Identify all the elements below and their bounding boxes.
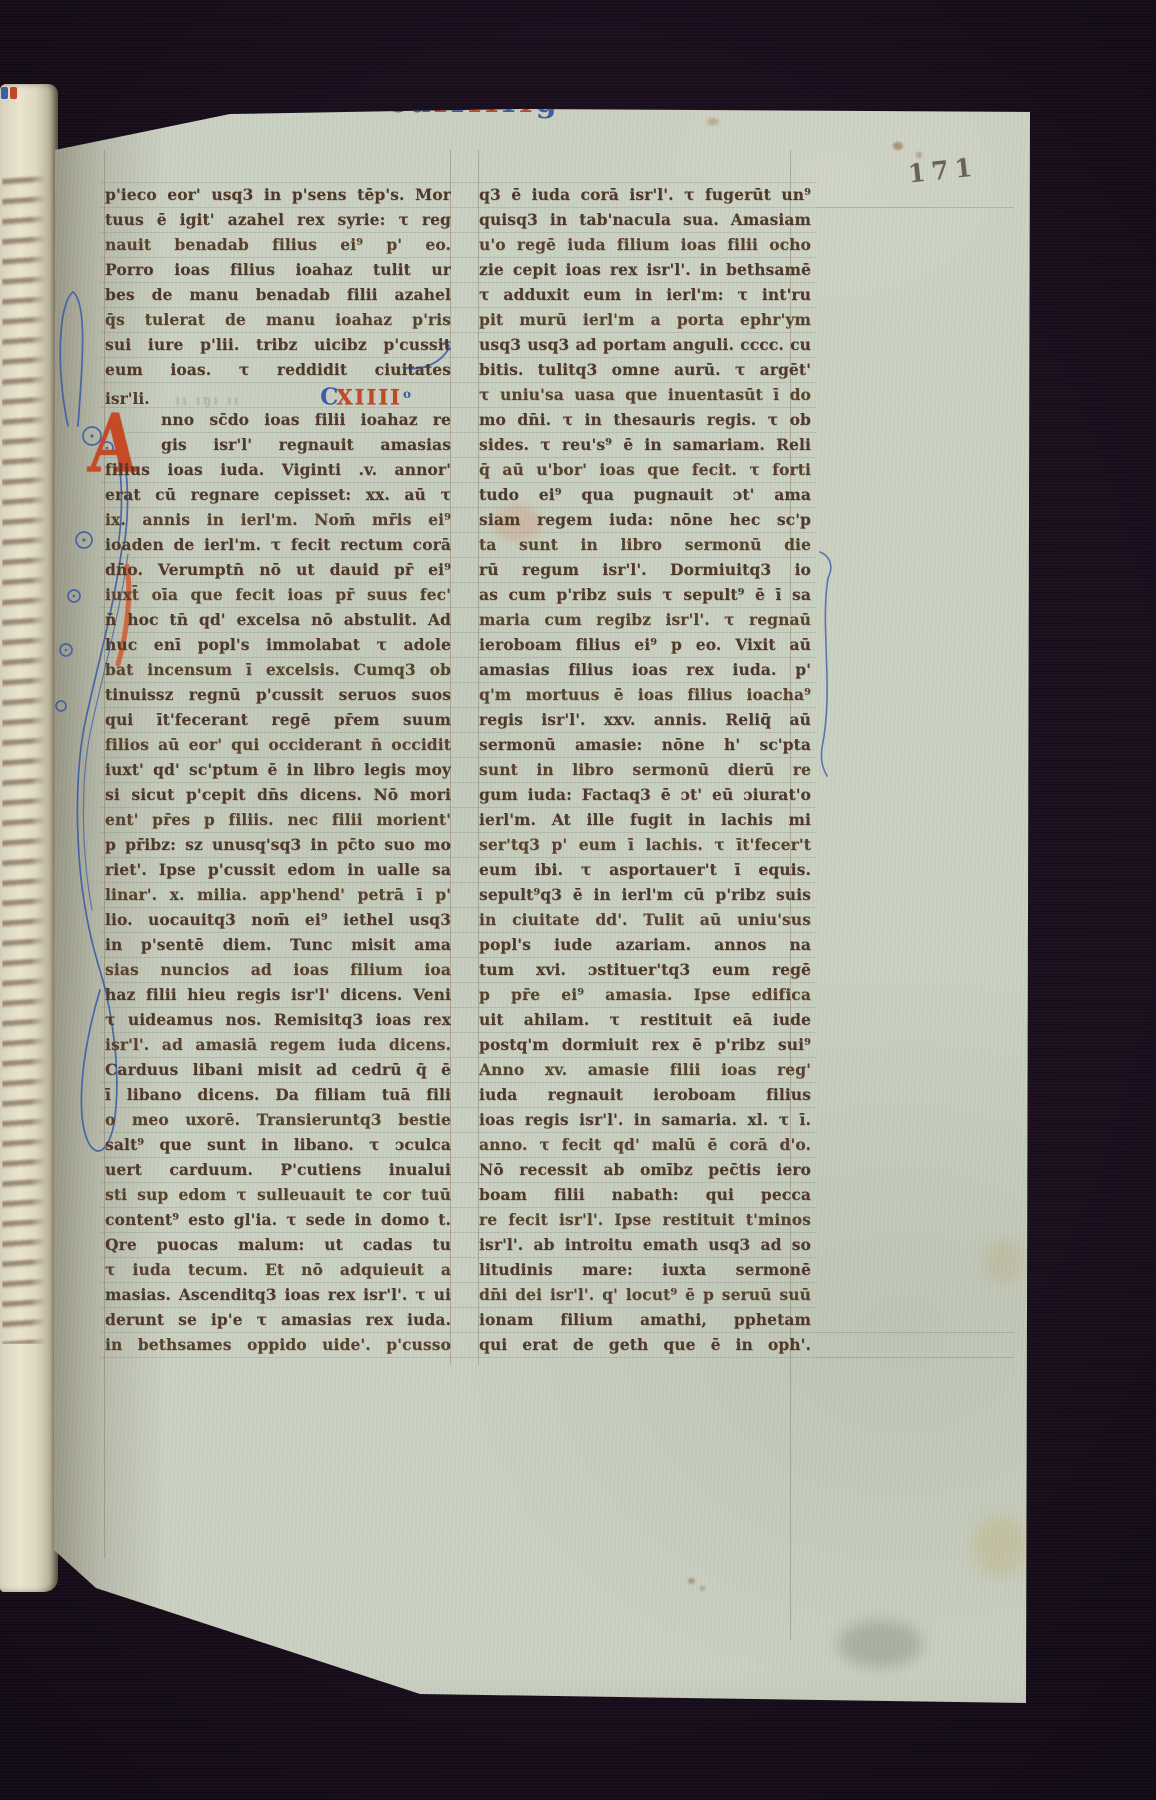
text-line: huc enī popl's immolabat τ adole <box>105 632 451 657</box>
ghost-guide-letters: ıı ıŋı ıı <box>176 388 241 413</box>
manuscript-photo: { "page": { "folio_number": "171", "init… <box>0 0 1156 1800</box>
text-line: q'm mortuus ē ioas filius ioacha⁹ <box>479 682 811 707</box>
title-mark-red <box>10 87 17 99</box>
text-line: tudo ei⁹ qua pugnauit ɔt' ama <box>479 482 811 507</box>
text-line: lio. uocauitq3 nom̄ ei⁹ iethel usq3 <box>105 907 451 932</box>
text-line: haz filii hieu regis isr'l' dicens. Veni <box>105 982 451 1007</box>
text-line: sepult⁹q3 ē in ierl'm cū p'ribz suis <box>479 882 811 907</box>
text-line: o meo uxorē. Transieruntq3 bestie <box>105 1107 451 1132</box>
text-line: q̄ aū u'bor' ioas que fecit. τ forti <box>479 457 811 482</box>
text-line: ī libano dicens. Da filiam tuā fili <box>105 1082 451 1107</box>
line-fragment: isr'li. <box>105 386 150 411</box>
text-line: gis isr'l' regnauit amasias <box>105 432 451 457</box>
text-line: popl's iude azariam. annos na <box>479 932 811 957</box>
text-line: iuda regnauit ieroboam filius <box>479 1082 811 1107</box>
text-line: dn̄o. Verumptn̄ nō ut dauid pr̄ ei⁹ <box>105 557 451 582</box>
text-line: masias. Ascenditq3 ioas rex isr'l'. τ ui <box>105 1282 451 1307</box>
text-line: in p'sentē diem. Tunc misit ama <box>105 932 451 957</box>
text-line: Carduus libani misit ad cedrū q̄ ē <box>105 1057 451 1082</box>
text-line: boam filii nabath: qui pecca <box>479 1182 811 1207</box>
text-line: p pr̄e ei⁹ amasia. Ipse edifica <box>479 982 811 1007</box>
yellow-stain <box>983 1238 1025 1284</box>
text-line: iuxt̄ oīa que fecit ioas pr̄ suus fec' <box>105 582 451 607</box>
text-line: re fecit isr'l'. Ipse restituit t'minos <box>479 1207 811 1232</box>
text-line: tinuissz regnū p'cussit seruos suos <box>105 682 451 707</box>
running-title-letter: o <box>388 88 411 118</box>
text-line: p pr̄ibz: sz unusq'sq3 in pc̄to suo mo <box>105 832 451 857</box>
text-line: litudinis mare: iuxta sermonē <box>479 1257 811 1282</box>
text-column-left: p'ieco eor' usq3 in p'sens tēp's. Mortuu… <box>105 182 451 1357</box>
text-line: ionam filium amathi, pphetam <box>479 1307 811 1332</box>
text-line: sui iure p'lii. tribz uicibz p'cussit <box>105 332 451 357</box>
spot-stain <box>707 118 719 125</box>
text-line: sias nuncios ad ioas filium ioa <box>105 957 451 982</box>
running-title-letter: I <box>485 88 502 118</box>
ruling-extension-bottom2 <box>816 1357 1014 1358</box>
spot-stain <box>916 152 922 158</box>
text-line: Qre puocas malum: ut cadas tu <box>105 1232 451 1257</box>
text-line: linar'. x. milia. app'hend' petrā ī p' <box>105 882 451 907</box>
text-line: maria cum regibz isr'l'. τ regnaū <box>479 607 811 632</box>
running-title-letter: a <box>411 88 433 118</box>
text-line: dn̄i dei isr'l'. q' locut⁹ ē p seruū suū <box>479 1282 811 1307</box>
text-line: amasias filius ioas rex iuda. p' <box>479 657 811 682</box>
text-line: τ uideamus nos. Remisitq3 ioas rex <box>105 1007 451 1032</box>
text-line: nauit benadab filius ei⁹ p' eo. <box>105 232 451 257</box>
running-title-letter: I <box>433 88 450 118</box>
text-line: eum ioas. τ reddidit ciuitates <box>105 357 451 382</box>
text-line: mo dn̄i. τ in thesauris regis. τ ob <box>479 407 811 432</box>
text-line: sti sup edom τ sulleuauit te cor tuū <box>105 1182 451 1207</box>
text-line: quisq3 in tab'nacula sua. Amasiam <box>479 207 811 232</box>
chapter-heading-line: isr'li. ıı ıŋı ıı CXIIIIo <box>105 382 451 407</box>
text-line: postq'm dormiuit rex ē p'ribz sui⁹ <box>479 1032 811 1057</box>
text-line: n̄ hoc tn̄ qd' excelsa nō abstulit. Ad <box>105 607 451 632</box>
ruling-extension-top <box>816 207 1014 208</box>
ruling-extension-bottom1 <box>816 1332 1014 1333</box>
text-line: ent' pr̄es p filiis. nec filii morient' <box>105 807 451 832</box>
text-line: sides. τ reu's⁹ ē in samariam. Reli <box>479 432 811 457</box>
chapter-numeral-superscript: o <box>403 387 411 401</box>
running-title-letter: I <box>451 88 468 118</box>
col1-chapter13-end: p'ieco eor' usq3 in p'sens tēp's. Mortuu… <box>105 182 451 382</box>
smudge-stain <box>838 1620 922 1668</box>
running-title-fragment: oaIIIIIIg <box>388 88 560 118</box>
text-line: filius ioas iuda. Viginti .v. annor' <box>105 457 451 482</box>
margin-flourish <box>812 548 842 780</box>
text-line: ioaden de ierl'm. τ fecit rectum corā <box>105 532 451 557</box>
text-line: gum iuda: Factaq3 ē ɔt' eū ɔiurat'o <box>479 782 811 807</box>
text-line: q3 ē iuda corā isr'l'. τ fugerūt un⁹ <box>479 182 811 207</box>
text-line: uert carduum. P'cutiens inualui <box>105 1157 451 1182</box>
text-line: as cum p'ribz suis τ sepult⁹ ē ī sa <box>479 582 811 607</box>
text-line: filios aū eor' qui occiderant n̄ occidit <box>105 732 451 757</box>
text-line: ieroboam filius ei⁹ p eo. Vixit aū <box>479 632 811 657</box>
text-line: anno. τ fecit qd' malū ē corā d'o. <box>479 1132 811 1157</box>
text-line: pit murū ierl'm a porta ephr'ym <box>479 307 811 332</box>
text-line: p'ieco eor' usq3 in p'sens tēp's. Mor <box>105 182 451 207</box>
text-line: in ciuitate dd'. Tulit aū uniu'sus <box>479 907 811 932</box>
running-title-letter: I <box>519 88 536 118</box>
text-line: sermonū amasie: nōne h' sc'pta <box>479 732 811 757</box>
text-line: bat incensum ī excelsis. Cumq3 ob <box>105 657 451 682</box>
text-line: ix. annis in ierl'm. Nom̄ mr̄is ei⁹ <box>105 507 451 532</box>
text-line: τ iuda tecum. Et nō adquieuit a <box>105 1257 451 1282</box>
text-line: nno sc̄do ioas filii ioahaz re <box>105 407 451 432</box>
manuscript-page: oaIIIIIIg 171 A p'ieco eor' <box>0 0 1156 1800</box>
speck-stain <box>688 1578 695 1584</box>
running-title-letter: g <box>536 88 560 118</box>
text-line: qui erat de geth que ē in oph'. <box>479 1332 811 1357</box>
text-line: rū regum isr'l'. Dormiuitq3 io <box>479 557 811 582</box>
text-line: u'o regē iuda filium ioas filii ocho <box>479 232 811 257</box>
running-title-letter: I <box>468 88 485 118</box>
col1-initial-indented-lines: nno sc̄do ioas filii ioahaz regis isr'l'… <box>105 407 451 457</box>
text-line: riet'. Ipse p'cussit edom in ualle sa <box>105 857 451 882</box>
text-line: ierl'm. At ille fugit in lachis mi <box>479 807 811 832</box>
text-line: isr'l'. ab introitu emath usq3 ad so <box>479 1232 811 1257</box>
text-line: bes de manu benadab filii azahel <box>105 282 451 307</box>
yellow-stain <box>972 1515 1028 1577</box>
text-line: Porro ioas filius ioahaz tulit ur <box>105 257 451 282</box>
text-line: erat cū regnare cepisset: xx. aū τ <box>105 482 451 507</box>
text-line: derunt se ip'e τ amasias rex iuda. <box>105 1307 451 1332</box>
folio-number: 171 <box>907 152 980 188</box>
text-line: ta sunt in libro sermonū die <box>479 532 811 557</box>
text-line: zie cepit ioas rex isr'l'. in bethsamē <box>479 257 811 282</box>
text-line: Nō recessit ab omībz pec̄tis iero <box>479 1157 811 1182</box>
text-line: q̄s tulerat de manu ioahaz p'ris <box>105 307 451 332</box>
text-line: ioas regis isr'l'. in samaria. xl. τ ī. <box>479 1107 811 1132</box>
text-line: iuxt' qd' sc'ptum ē in libro legis moy <box>105 757 451 782</box>
text-line: in bethsames oppido uide'. p'cusso <box>105 1332 451 1357</box>
col1-chapter14-text: filius ioas iuda. Viginti .v. annor'erat… <box>105 457 451 1357</box>
text-line: eum ibi. τ asportauer't ī equis. <box>479 857 811 882</box>
text-line: sunt in libro sermonū dierū re <box>479 757 811 782</box>
speck-stain <box>700 1586 705 1591</box>
text-line: content⁹ esto gl'ia. τ sede in domo t. <box>105 1207 451 1232</box>
text-line: siam regem iuda: nōne hec sc'p <box>479 507 811 532</box>
chapter-numeral: XIIII <box>336 384 402 409</box>
text-line: ser'tq3 p' eum ī lachis. τ īt'fecer't <box>479 832 811 857</box>
text-line: τ adduxit eum in ierl'm: τ int'ru <box>479 282 811 307</box>
text-line: regis isr'l'. xxv. annis. Reliq̄ aū <box>479 707 811 732</box>
text-line: si sicut p'cepit dn̄s dicens. Nō mori <box>105 782 451 807</box>
text-line: usq3 usq3 ad portam anguli. cccc. cu <box>479 332 811 357</box>
text-line: tuus ē igit' azahel rex syrie: τ reg <box>105 207 451 232</box>
facing-page-text-showthrough <box>2 172 46 1344</box>
facing-page-edge <box>0 84 58 1592</box>
text-line: salt⁹ que sunt in libano. τ ɔculca <box>105 1132 451 1157</box>
text-line: qui īt'fecerant regē pr̄em suum <box>105 707 451 732</box>
spot-stain <box>893 142 903 150</box>
text-line: tum xvi. ɔstituer'tq3 eum regē <box>479 957 811 982</box>
text-line: τ uniu'sa uasa que inuentasūt ī do <box>479 382 811 407</box>
text-line: Anno xv. amasie filii ioas reg' <box>479 1057 811 1082</box>
facing-running-title-fragment <box>1 84 31 102</box>
text-line: isr'l'. ad amasiā regem iuda dicens. <box>105 1032 451 1057</box>
title-mark-blue <box>1 87 8 99</box>
text-line: uit ahilam. τ restituit eā iude <box>479 1007 811 1032</box>
running-title-letter: I <box>502 88 519 118</box>
text-column-right: q3 ē iuda corā isr'l'. τ fugerūt un⁹quis… <box>479 182 811 1357</box>
text-line: bitis. tulitq3 omne aurū. τ argēt' <box>479 357 811 382</box>
